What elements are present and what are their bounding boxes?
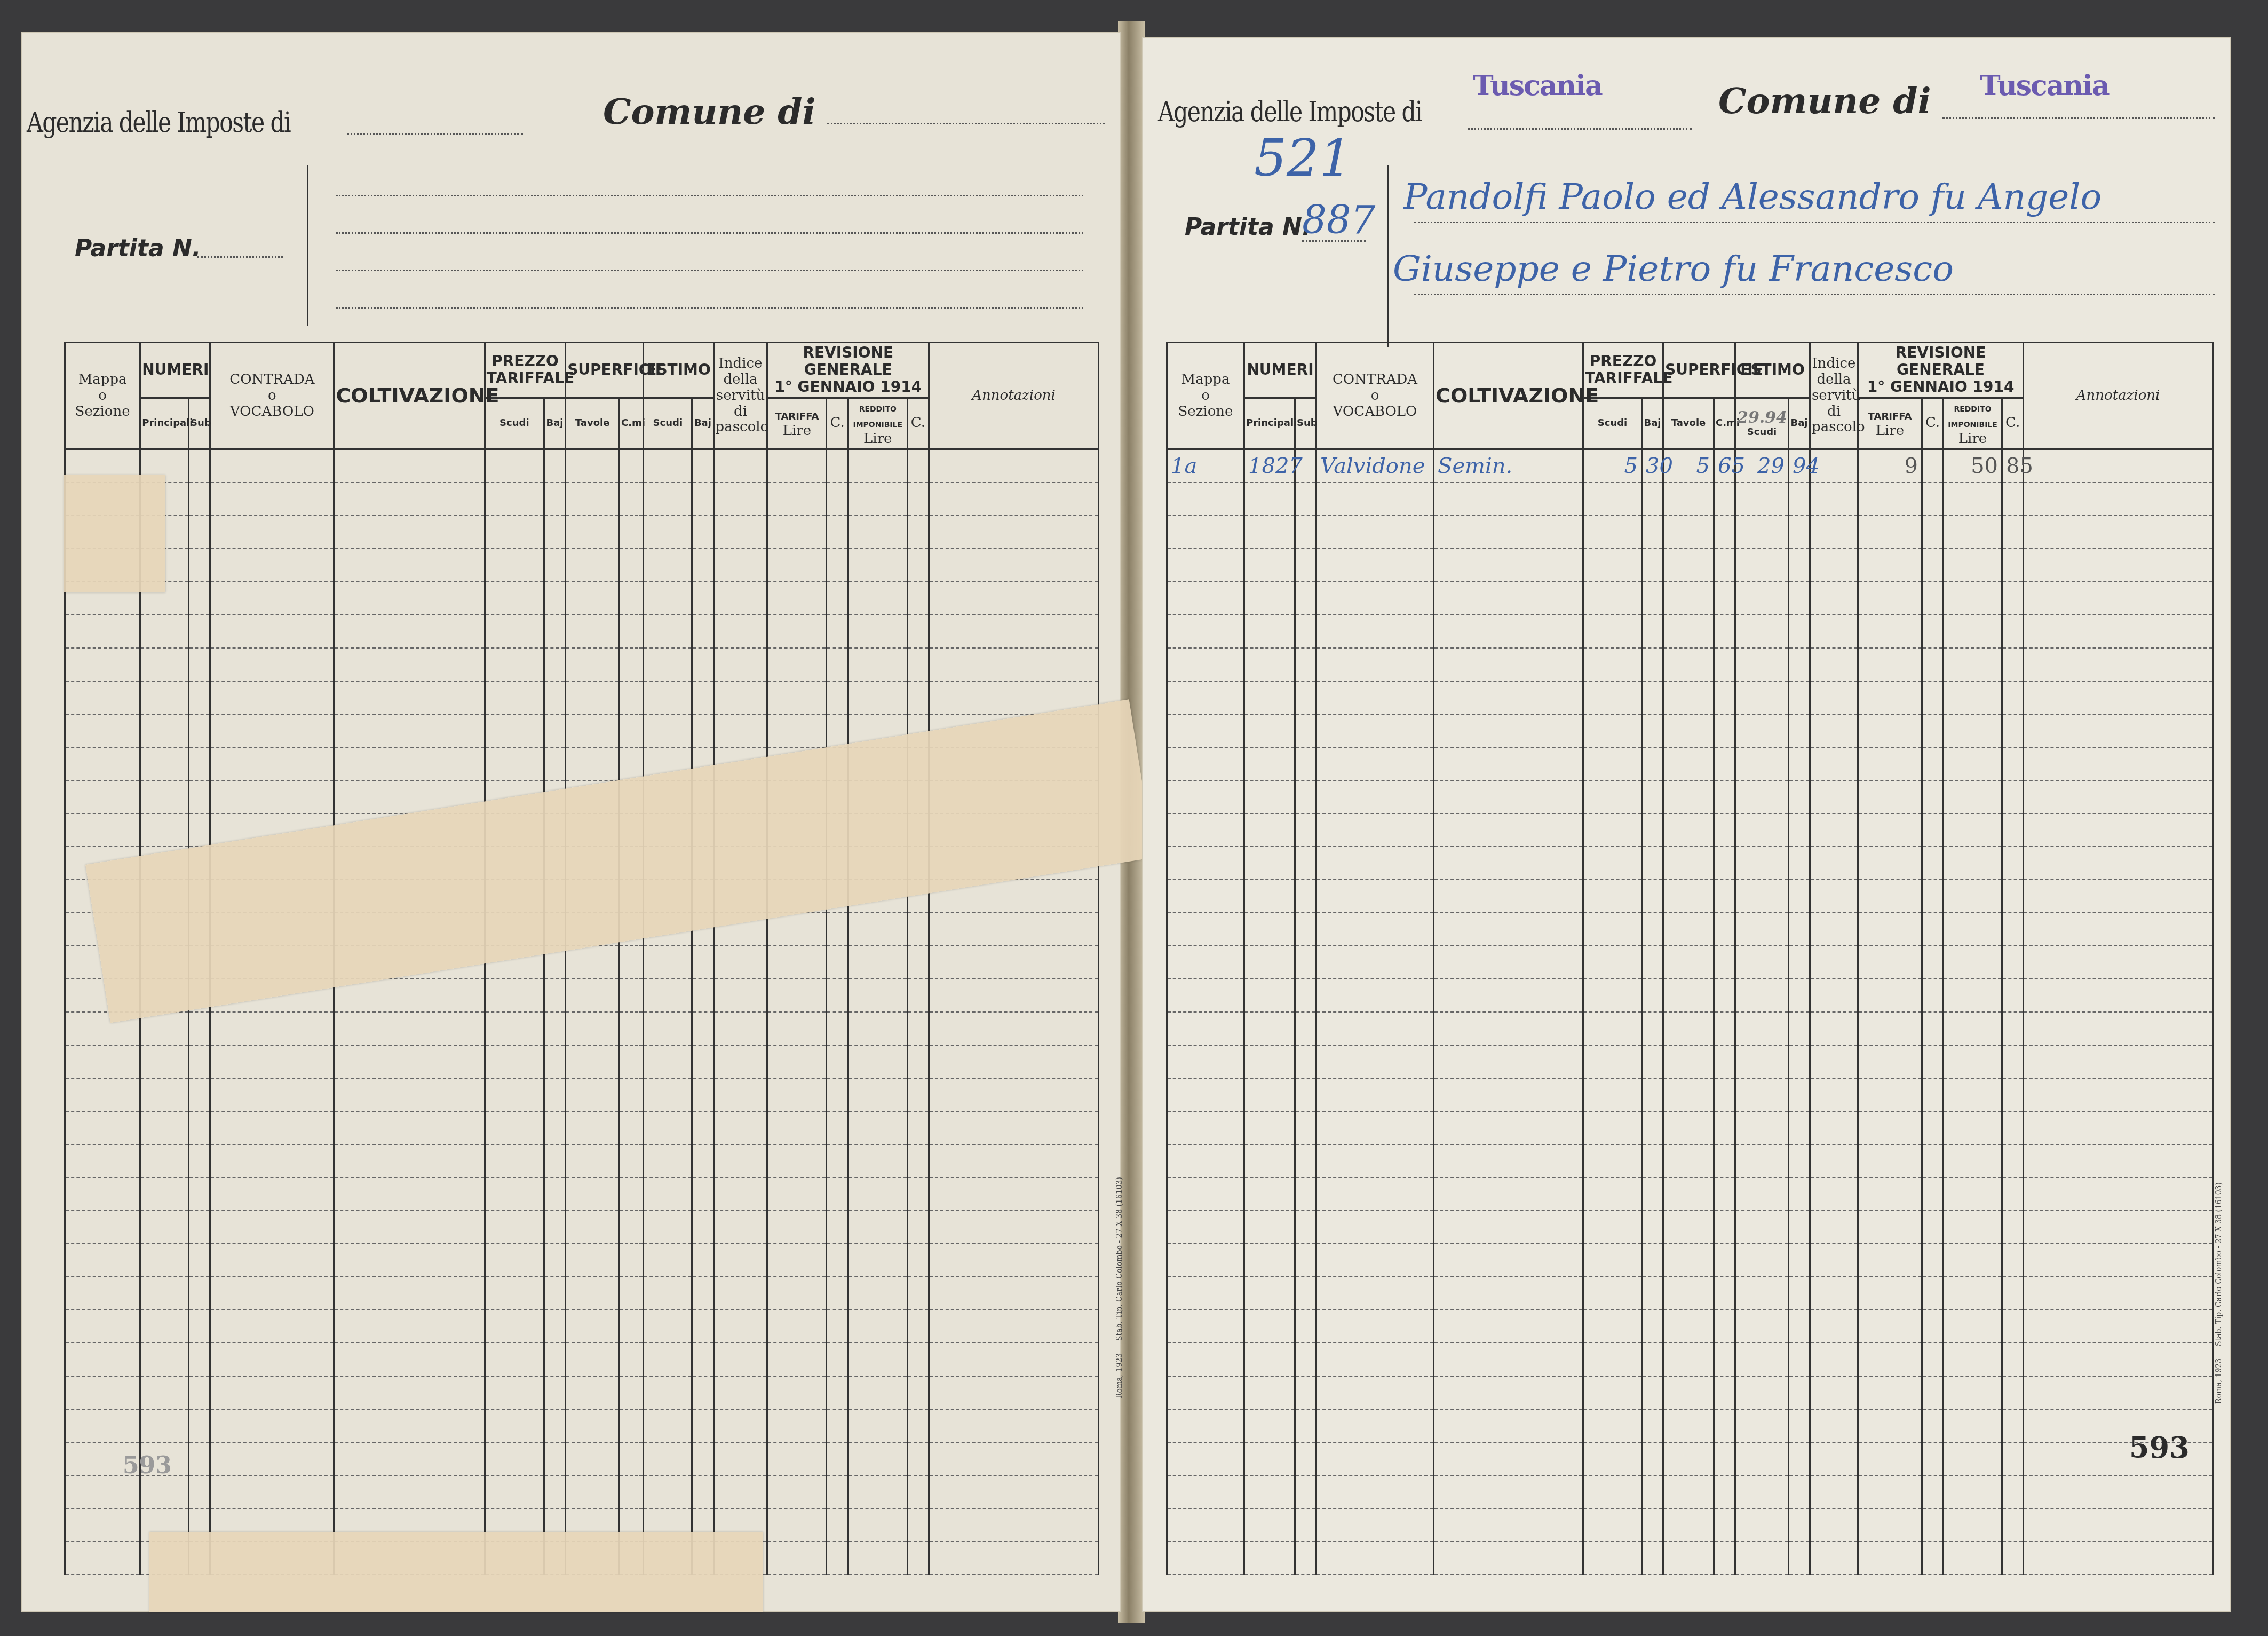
empty-cell [1714,1012,1735,1045]
empty-cell [1810,780,1858,813]
empty-cell [907,1508,929,1542]
empty-cell [1922,1277,1944,1310]
empty-cell [2002,946,2024,979]
empty-cell [1789,747,1810,780]
empty-cell [1922,1542,1944,1575]
table-row [65,483,1099,516]
empty-cell [544,1475,565,1508]
empty-cell [644,1111,692,1144]
empty-cell [1317,780,1434,813]
empty-cell [907,913,929,946]
empty-cell [644,1277,692,1310]
empty-cell [1922,615,1944,648]
empty-cell [767,714,827,747]
empty-cell [1789,880,1810,913]
empty-cell [544,449,565,483]
empty-cell [767,1376,827,1409]
empty-cell [65,714,140,747]
empty-cell [1735,946,1789,979]
empty-cell [1810,483,1858,516]
empty-cell [2002,780,2024,813]
empty-cell [140,1475,189,1508]
empty-cell [1944,979,2002,1012]
empty-cell [1167,979,1244,1012]
empty-cell [848,946,907,979]
empty-cell [827,1376,848,1409]
empty-cell [1810,979,1858,1012]
empty-cell [827,1111,848,1144]
empty-cell [907,681,929,714]
empty-cell [713,615,767,648]
empty-cell [1944,1244,2002,1277]
owner-line-2 [336,232,1083,234]
empty-cell [1922,1475,1944,1508]
empty-cell [929,1211,1099,1244]
empty-cell [620,1277,644,1310]
empty-cell [1663,1508,1714,1542]
empty-cell [1244,747,1295,780]
register-body-left [65,449,1099,1575]
empty-cell [2002,1409,2024,1442]
empty-cell [1583,1542,1642,1575]
empty-cell [485,1111,544,1144]
empty-cell [1735,714,1789,747]
header-tariffa-c: C. [827,398,848,449]
empty-cell [1583,1475,1642,1508]
empty-cell [620,1177,644,1211]
empty-cell [1858,1442,1922,1475]
empty-cell [929,1144,1099,1177]
empty-cell [1714,1310,1735,1343]
empty-cell [929,1442,1099,1475]
empty-cell [692,449,713,483]
empty-cell [713,979,767,1012]
empty-cell [566,582,620,615]
empty-cell [544,1244,565,1277]
agenzia-label: Agenzia delle Imposte di [1158,96,1422,128]
empty-cell [907,582,929,615]
empty-cell [566,1376,620,1409]
empty-cell [1317,1277,1434,1310]
empty-cell [1858,847,1922,880]
empty-cell [692,979,713,1012]
empty-cell [1789,1442,1810,1475]
empty-cell [848,913,907,946]
empty-cell [485,714,544,747]
empty-cell [1295,1244,1317,1277]
empty-cell [485,1343,544,1376]
table-row [1167,615,2213,648]
empty-cell [1714,483,1735,516]
empty-cell [544,615,565,648]
empty-cell [1922,780,1944,813]
empty-cell [848,449,907,483]
empty-cell [1663,946,1714,979]
cell-prezzo-scudi: 5 [1583,449,1642,483]
empty-cell [1858,1045,1922,1078]
empty-cell [1583,1277,1642,1310]
empty-cell [1434,1144,1583,1177]
empty-cell [1295,615,1317,648]
empty-cell [1789,1078,1810,1111]
empty-cell [1810,648,1858,681]
empty-cell [1714,1111,1735,1144]
empty-cell [1789,1542,1810,1575]
empty-cell [1642,1542,1663,1575]
empty-cell [1714,681,1735,714]
empty-cell [1944,1542,2002,1575]
empty-cell [1167,1211,1244,1244]
empty-cell [1317,979,1434,1012]
empty-cell [65,780,140,813]
empty-cell [713,582,767,615]
empty-cell [929,1343,1099,1376]
empty-cell [1434,582,1583,615]
empty-cell [1858,946,1922,979]
empty-cell [485,979,544,1012]
empty-cell [767,1475,827,1508]
empty-cell [1295,714,1317,747]
empty-cell [1714,813,1735,847]
empty-cell [1944,681,2002,714]
ghost-page-number: 593 [123,1452,172,1479]
empty-cell [1583,1012,1642,1045]
empty-cell [929,946,1099,979]
empty-cell [485,483,544,516]
empty-cell [1642,714,1663,747]
empty-cell [1167,714,1244,747]
empty-cell [1789,648,1810,681]
empty-cell [1858,714,1922,747]
empty-cell [767,549,827,582]
empty-cell [1295,1078,1317,1111]
empty-cell [620,1475,644,1508]
empty-cell [1922,1078,1944,1111]
empty-cell [929,1012,1099,1045]
empty-cell [1858,1277,1922,1310]
empty-cell [1944,582,2002,615]
empty-cell [1789,1343,1810,1376]
empty-cell [692,1111,713,1144]
empty-cell [1244,1177,1295,1211]
empty-cell [692,483,713,516]
empty-cell [2024,681,2213,714]
cell-mappa: 1a [1167,449,1244,483]
empty-cell [189,1310,210,1343]
empty-cell [2024,1045,2213,1078]
header-estimo: ESTIMO [1735,343,1810,398]
empty-cell [1434,1277,1583,1310]
empty-cell [1714,747,1735,780]
empty-cell [1663,1409,1714,1442]
empty-cell [644,1144,692,1177]
empty-cell [1642,847,1663,880]
empty-cell [713,1144,767,1177]
empty-cell [1810,549,1858,582]
table-row [1167,847,2213,880]
empty-cell [1583,1144,1642,1177]
repair-tape-1 [64,475,165,592]
empty-cell [1810,1442,1858,1475]
empty-cell [1810,615,1858,648]
empty-cell [907,549,929,582]
empty-cell [713,449,767,483]
table-row [1167,1144,2213,1177]
table-row [1167,483,2213,516]
empty-cell [334,1343,485,1376]
empty-cell [1858,582,1922,615]
empty-cell [1944,913,2002,946]
empty-cell [1944,1211,2002,1244]
empty-cell [620,714,644,747]
empty-cell [1789,1244,1810,1277]
empty-cell [189,1475,210,1508]
empty-cell [544,1343,565,1376]
empty-cell [1167,1475,1244,1508]
owner-rule-1 [1414,222,2215,223]
empty-cell [2002,582,2024,615]
table-row [1167,880,2213,913]
empty-cell [692,1177,713,1211]
empty-cell [2002,1508,2024,1542]
page-number: 593 [2129,1430,2190,1465]
empty-cell [692,1442,713,1475]
empty-cell [620,1012,644,1045]
empty-cell [767,483,827,516]
empty-cell [713,648,767,681]
empty-cell [2024,1310,2213,1343]
empty-cell [827,1211,848,1244]
empty-cell [1714,880,1735,913]
empty-cell [1244,714,1295,747]
empty-cell [65,1542,140,1575]
empty-cell [644,1045,692,1078]
empty-cell [2024,714,2213,747]
printer-note-right: Roma, 1923 — Stab. Tip. Carlo Colombo - … [2215,1182,2223,1404]
empty-cell [1642,1310,1663,1343]
empty-cell [334,516,485,549]
table-row [1167,780,2213,813]
empty-cell [1789,1475,1810,1508]
empty-cell [189,780,210,813]
empty-cell [767,946,827,979]
empty-cell [1244,1244,1295,1277]
empty-cell [767,1244,827,1277]
empty-cell [1663,1078,1714,1111]
table-row [1167,582,2213,615]
empty-cell [1922,648,1944,681]
empty-cell [1583,648,1642,681]
empty-cell [485,1045,544,1078]
empty-cell [1295,847,1317,880]
empty-cell [713,1045,767,1078]
empty-cell [848,1144,907,1177]
empty-cell [644,946,692,979]
table-row: 1a 1827 Valvidone Semin. 5 30 5 65 29 94… [1167,449,2213,483]
empty-cell [1434,1078,1583,1111]
empty-cell [1944,1012,2002,1045]
empty-cell [692,1376,713,1409]
empty-cell [1167,615,1244,648]
empty-cell [848,1211,907,1244]
owner-rule-2 [1414,294,2215,295]
empty-cell [1167,1244,1244,1277]
empty-cell [1810,946,1858,979]
header-estimo: ESTIMO [644,343,713,398]
empty-cell [1810,913,1858,946]
empty-cell [848,1542,907,1575]
empty-cell [1295,516,1317,549]
empty-cell [65,1508,140,1542]
empty-cell [210,549,334,582]
empty-cell [848,1442,907,1475]
empty-cell [1789,946,1810,979]
empty-cell [1735,1211,1789,1244]
empty-cell [1583,1343,1642,1376]
empty-cell [544,1310,565,1343]
empty-cell [1858,1542,1922,1575]
empty-cell [1810,1376,1858,1409]
empty-cell [1858,1144,1922,1177]
empty-cell [544,582,565,615]
empty-cell [65,1409,140,1442]
empty-cell [620,979,644,1012]
empty-cell [1317,813,1434,847]
empty-cell [2002,979,2024,1012]
empty-cell [2024,880,2213,913]
table-row [1167,1376,2213,1409]
empty-cell [140,1045,189,1078]
empty-cell [1789,549,1810,582]
empty-cell [1944,1409,2002,1442]
empty-cell [1944,847,2002,880]
empty-cell [929,913,1099,946]
empty-cell [1714,615,1735,648]
empty-cell [1922,1045,1944,1078]
empty-cell [767,913,827,946]
empty-cell [65,615,140,648]
table-row [1167,714,2213,747]
empty-cell [1583,1310,1642,1343]
empty-cell [2024,847,2213,880]
empty-cell [1858,913,1922,946]
empty-cell [189,714,210,747]
empty-cell [1944,1177,2002,1211]
empty-cell [566,1111,620,1144]
empty-cell [1944,1310,2002,1343]
empty-cell [1789,1211,1810,1244]
empty-cell [620,747,644,780]
empty-cell [140,747,189,780]
empty-cell [1167,1409,1244,1442]
empty-cell [1810,1045,1858,1078]
empty-cell [1663,681,1714,714]
empty-cell [1317,1542,1434,1575]
empty-cell [827,1244,848,1277]
empty-cell [1583,1111,1642,1144]
table-row [1167,1177,2213,1211]
empty-cell [827,483,848,516]
empty-cell [1317,1310,1434,1343]
empty-cell [827,714,848,747]
empty-cell [1944,549,2002,582]
empty-cell [65,681,140,714]
empty-cell [65,1144,140,1177]
empty-cell [713,1376,767,1409]
empty-cell [1714,946,1735,979]
empty-cell [1922,1343,1944,1376]
empty-cell [1434,1508,1583,1542]
empty-cell [1317,1144,1434,1177]
empty-cell [907,1244,929,1277]
empty-cell [1922,1012,1944,1045]
empty-cell [1714,549,1735,582]
empty-cell [1714,1045,1735,1078]
empty-cell [2024,913,2213,946]
empty-cell [334,681,485,714]
empty-cell [907,516,929,549]
empty-cell [644,483,692,516]
cell-tariffa-lire: 9 [1858,449,1922,483]
empty-cell [1810,1244,1858,1277]
empty-cell [544,1177,565,1211]
table-row [65,1277,1099,1310]
empty-cell [1922,1211,1944,1244]
empty-cell [1642,1508,1663,1542]
empty-cell [620,582,644,615]
empty-cell [1167,1442,1244,1475]
empty-cell [827,1277,848,1310]
empty-cell [2002,483,2024,516]
header-reddito-lire: REDDITO IMPONIBILELire [1944,398,2002,449]
header-coltivazione: COLTIVAZIONE [1434,343,1583,449]
empty-cell [1663,1177,1714,1211]
empty-cell [1167,516,1244,549]
empty-cell [2002,1376,2024,1409]
empty-cell [1810,1343,1858,1376]
empty-cell [189,1078,210,1111]
empty-cell [1434,483,1583,516]
empty-cell [1167,747,1244,780]
empty-cell [210,615,334,648]
empty-cell [848,1111,907,1144]
empty-cell [767,1045,827,1078]
table-row [65,449,1099,483]
empty-cell [1663,1343,1714,1376]
empty-cell [1244,1508,1295,1542]
empty-cell [189,582,210,615]
empty-cell [1735,483,1789,516]
empty-cell [1735,1277,1789,1310]
empty-cell [210,1012,334,1045]
empty-cell [1735,1442,1789,1475]
empty-cell [1317,615,1434,648]
empty-cell [907,1409,929,1442]
empty-cell [210,648,334,681]
empty-cell [907,1078,929,1111]
empty-cell [1714,780,1735,813]
empty-cell [1583,1244,1642,1277]
empty-cell [2024,780,2213,813]
empty-cell [767,648,827,681]
empty-cell [692,1078,713,1111]
table-row [1167,516,2213,549]
empty-cell [566,714,620,747]
empty-cell [1167,847,1244,880]
header-numeri: NUMERI [1244,343,1317,398]
empty-cell [210,681,334,714]
empty-cell [713,516,767,549]
